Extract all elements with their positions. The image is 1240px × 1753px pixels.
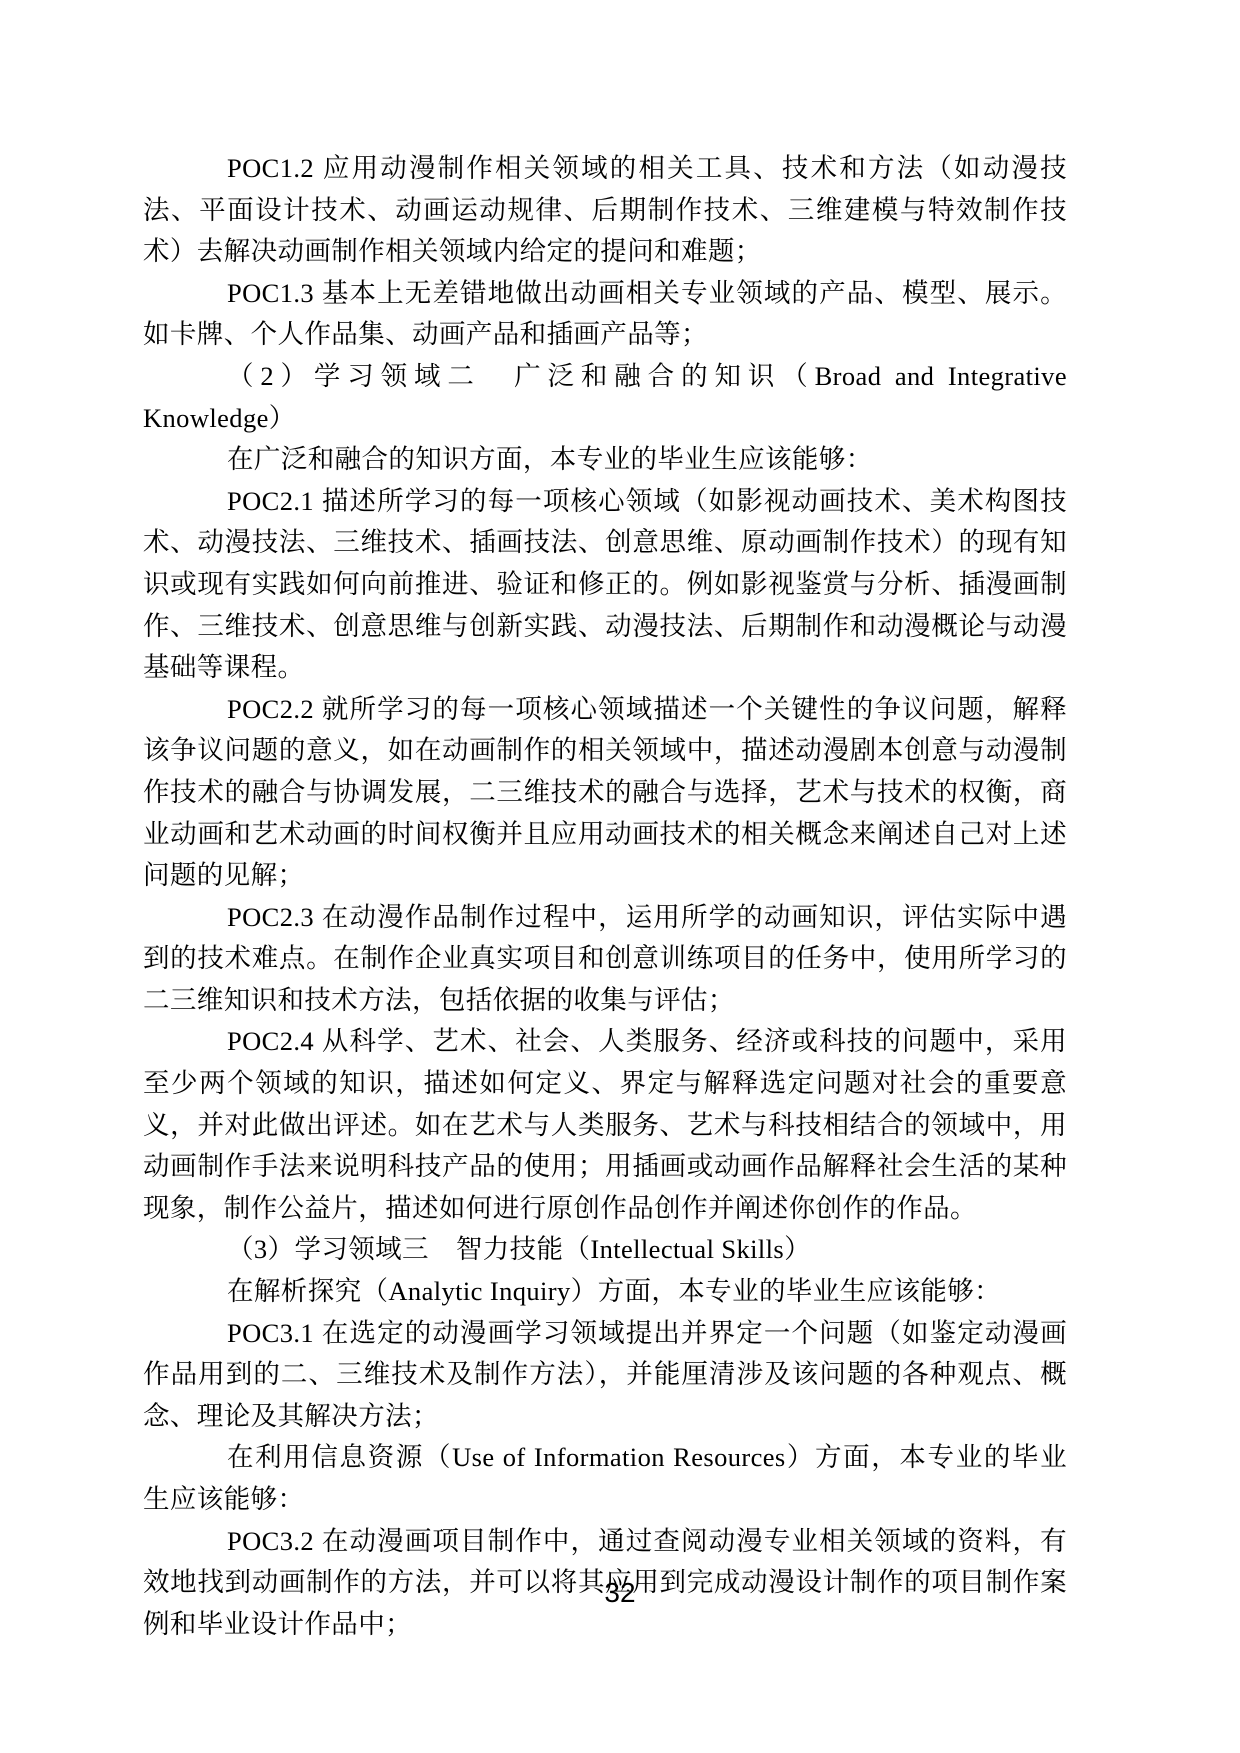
paragraph-poc1-3: POC1.3 基本上无差错地做出动画相关专业领域的产品、模型、展示。如卡牌、个人… (143, 273, 1067, 356)
document-body: POC1.2 应用动漫制作相关领域的相关工具、技术和方法（如动漫技法、平面设计技… (143, 148, 1067, 1645)
paragraph-poc1-2: POC1.2 应用动漫制作相关领域的相关工具、技术和方法（如动漫技法、平面设计技… (143, 148, 1067, 273)
paragraph-analytic-inquiry-intro: 在解析探究（Analytic Inquiry）方面，本专业的毕业生应该能够： (143, 1271, 1067, 1313)
paragraph-information-resources-intro: 在利用信息资源（Use of Information Resources）方面，… (143, 1437, 1067, 1520)
document-page: POC1.2 应用动漫制作相关领域的相关工具、技术和方法（如动漫技法、平面设计技… (0, 0, 1240, 1753)
heading-learning-area-2: （2）学习领域二 广泛和融合的知识（Broad and Integrative … (143, 356, 1067, 439)
page-number: 32 (604, 1577, 635, 1608)
heading-learning-area-3: （3）学习领域三 智力技能（Intellectual Skills） (143, 1229, 1067, 1271)
page-footer: 32 (0, 1576, 1240, 1610)
paragraph-poc2-4: POC2.4 从科学、艺术、社会、人类服务、经济或科技的问题中，采用至少两个领域… (143, 1021, 1067, 1229)
paragraph-area2-intro: 在广泛和融合的知识方面，本专业的毕业生应该能够： (143, 439, 1067, 481)
paragraph-poc3-1: POC3.1 在选定的动漫画学习领域提出并界定一个问题（如鉴定动漫画作品用到的二… (143, 1313, 1067, 1438)
paragraph-poc2-1: POC2.1 描述所学习的每一项核心领域（如影视动画技术、美术构图技术、动漫技法… (143, 481, 1067, 689)
paragraph-poc2-2: POC2.2 就所学习的每一项核心领域描述一个关键性的争议问题，解释该争议问题的… (143, 689, 1067, 897)
paragraph-poc2-3: POC2.3 在动漫作品制作过程中，运用所学的动画知识，评估实际中遇到的技术难点… (143, 897, 1067, 1022)
